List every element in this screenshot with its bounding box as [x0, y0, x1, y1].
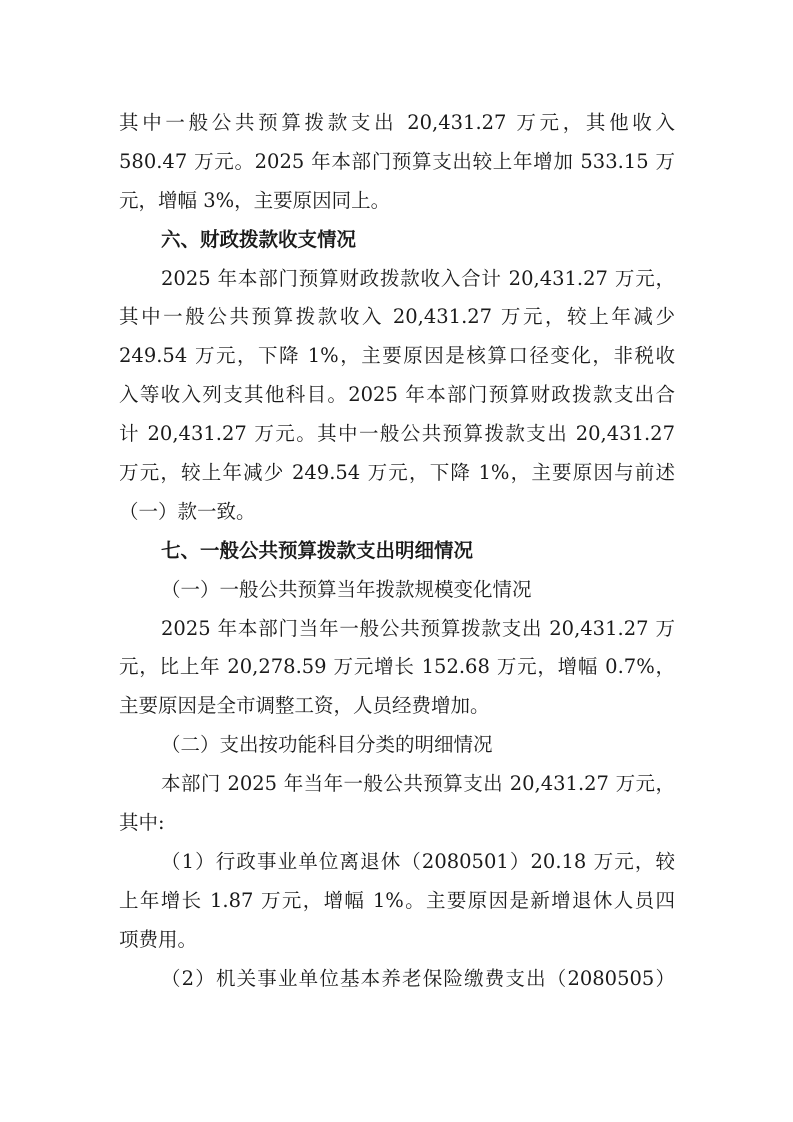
paragraph-line: 万元，较上年减少 249.54 万元，下降 1%，主要原因与前述	[119, 454, 675, 493]
section-heading-6: 六、财政拨款收支情况	[119, 221, 675, 260]
list-item-2: （2）机关事业单位基本养老保险缴费支出（2080505）	[119, 960, 675, 999]
paragraph-line: 元，比上年 20,278.59 万元增长 152.68 万元，增幅 0.7%，	[119, 648, 675, 687]
list-item-1: （1）行政事业单位离退休（2080501）20.18 万元，较	[119, 843, 675, 882]
section-heading-7: 七、一般公共预算拨款支出明细情况	[119, 532, 675, 571]
paragraph-line: 入等收入列支其他科目。2025 年本部门预算财政拨款支出合	[119, 376, 675, 415]
paragraph-line: 上年增长 1.87 万元，增幅 1%。主要原因是新增退休人员四	[119, 882, 675, 921]
document-page: 其中一般公共预算拨款支出 20,431.27 万元，其他收入 580.47 万元…	[119, 104, 675, 998]
subsection-heading-1: （一）一般公共预算当年拨款规模变化情况	[119, 571, 675, 610]
paragraph-line: （一）款一致。	[119, 493, 675, 532]
paragraph-line: 2025 年本部门当年一般公共预算拨款支出 20,431.27 万	[119, 610, 675, 649]
paragraph-line: 其中一般公共预算拨款收入 20,431.27 万元，较上年减少	[119, 298, 675, 337]
paragraph-line: 计 20,431.27 万元。其中一般公共预算拨款支出 20,431.27	[119, 415, 675, 454]
paragraph-line: 主要原因是全市调整工资，人员经费增加。	[119, 687, 675, 726]
paragraph-line: 2025 年本部门预算财政拨款收入合计 20,431.27 万元，	[119, 260, 675, 299]
paragraph-line: 项费用。	[119, 921, 675, 960]
paragraph-line: 元，增幅 3%，主要原因同上。	[119, 182, 675, 221]
paragraph-line: 其中:	[119, 804, 675, 843]
paragraph-line: 249.54 万元，下降 1%，主要原因是核算口径变化，非税收	[119, 337, 675, 376]
paragraph-line: 580.47 万元。2025 年本部门预算支出较上年增加 533.15 万	[119, 143, 675, 182]
paragraph-line: 其中一般公共预算拨款支出 20,431.27 万元，其他收入	[119, 104, 675, 143]
paragraph-line: 本部门 2025 年当年一般公共预算支出 20,431.27 万元，	[119, 765, 675, 804]
subsection-heading-2: （二）支出按功能科目分类的明细情况	[119, 726, 675, 765]
